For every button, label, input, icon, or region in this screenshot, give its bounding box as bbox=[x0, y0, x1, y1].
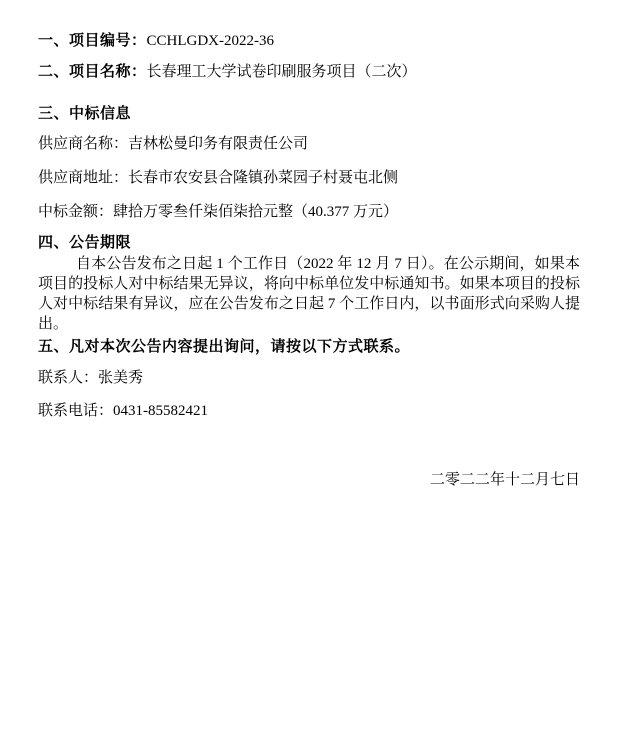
supplier-name-label: 供应商名称： bbox=[38, 136, 128, 152]
contact-person-label: 联系人： bbox=[38, 370, 98, 386]
contact-section-heading: 五、凡对本次公告内容提出询问，请按以下方式联系。 bbox=[38, 336, 580, 356]
contact-person-row: 联系人：张美秀 bbox=[38, 368, 580, 388]
announcement-page: 一、项目编号：CCHLGDX-2022-36 二、项目名称：长春理工大学试卷印刷… bbox=[0, 0, 617, 731]
project-name-value: 长春理工大学试卷印刷服务项目（二次） bbox=[147, 64, 417, 80]
award-amount-label: 中标金额： bbox=[38, 204, 113, 220]
supplier-address-value: 长春市农安县合隆镇孙菜园子村聂屯北侧 bbox=[128, 170, 398, 186]
project-number-value: CCHLGDX-2022-36 bbox=[147, 33, 275, 49]
contact-phone-value: 0431-85582421 bbox=[113, 403, 208, 419]
project-number-line: 一、项目编号：CCHLGDX-2022-36 bbox=[38, 30, 580, 51]
project-name-label: 二、项目名称： bbox=[38, 62, 147, 80]
project-name-line: 二、项目名称：长春理工大学试卷印刷服务项目（二次） bbox=[38, 61, 580, 82]
notice-period-heading: 四、公告期限 bbox=[38, 232, 580, 252]
award-amount-row: 中标金额：肆拾万零叁仟柒佰柒拾元整（40.377 万元） bbox=[38, 202, 580, 222]
award-info-heading: 三、中标信息 bbox=[38, 103, 580, 123]
contact-phone-row: 联系电话：0431-85582421 bbox=[38, 401, 580, 421]
announcement-date: 二零二二年十二月七日 bbox=[38, 470, 580, 490]
supplier-name-row: 供应商名称：吉林松曼印务有限责任公司 bbox=[38, 134, 580, 154]
award-amount-value: 肆拾万零叁仟柒佰柒拾元整（40.377 万元） bbox=[113, 204, 398, 220]
supplier-name-value: 吉林松曼印务有限责任公司 bbox=[128, 136, 308, 152]
contact-phone-label: 联系电话： bbox=[38, 403, 113, 419]
contact-person-value: 张美秀 bbox=[98, 370, 143, 386]
notice-period-body: 自本公告发布之日起 1 个工作日（2022 年 12 月 7 日）。在公示期间，… bbox=[38, 254, 580, 334]
project-number-label: 一、项目编号： bbox=[38, 31, 147, 49]
supplier-address-row: 供应商地址：长春市农安县合隆镇孙菜园子村聂屯北侧 bbox=[38, 168, 580, 188]
supplier-address-label: 供应商地址： bbox=[38, 170, 128, 186]
